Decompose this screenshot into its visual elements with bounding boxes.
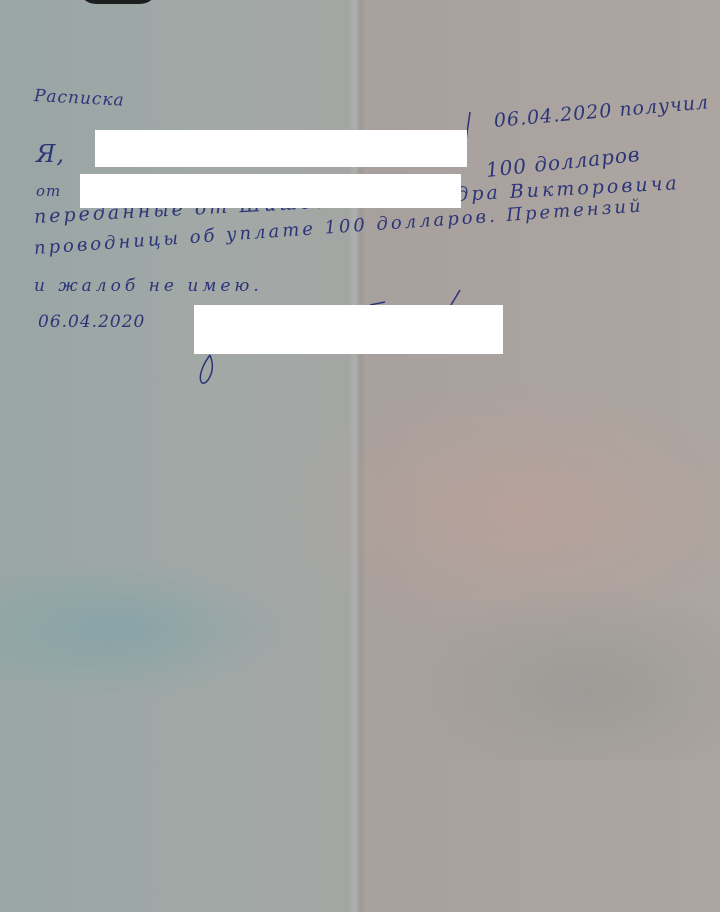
line1-prefix: Я,	[36, 140, 65, 168]
date-footer: 06.04.2020	[38, 312, 145, 332]
line2-prefix: от	[36, 182, 61, 200]
redacted-signature	[194, 305, 503, 354]
paper-shadow	[400, 580, 720, 760]
redacted-name-recipient	[95, 130, 467, 167]
redacted-name-payer	[80, 174, 461, 208]
paper-shadow	[0, 560, 300, 700]
